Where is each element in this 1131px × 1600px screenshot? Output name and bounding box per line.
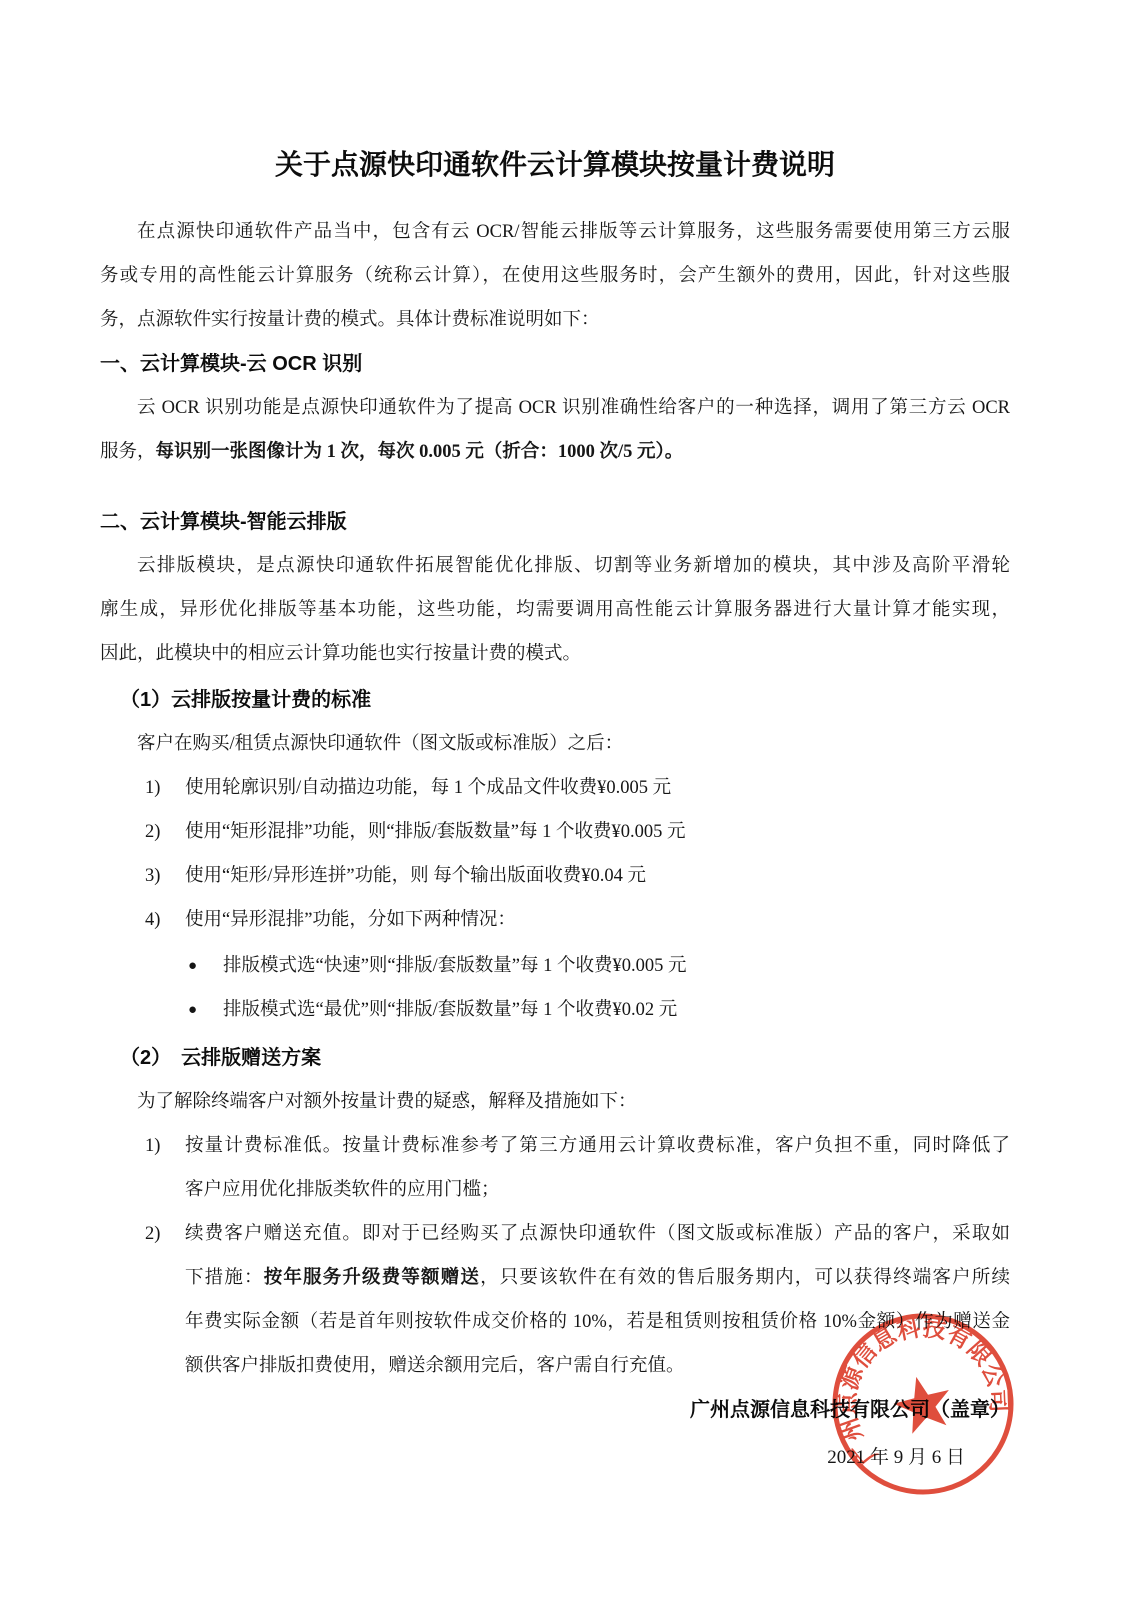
text-line: 使用“矩形/异形连拼”功能，则 每个输出版面收费¥0.04 元	[185, 854, 1010, 898]
company-signature: 广州点源信息科技有限公司（盖章）	[100, 1388, 1010, 1432]
text-line: 使用“异形混排”功能，分如下两种情况：	[185, 898, 1010, 942]
pricing-intro-paragraph: 客户在购买/租赁点源快印通软件（图文版或标准版）之后：	[100, 722, 1010, 766]
document-title: 关于点源快印通软件云计算模块按量计费说明	[100, 142, 1010, 188]
list-marker: ●	[188, 944, 197, 988]
text-line: 按量计费标准低。按量计费标准参考了第三方通用云计算收费标准，客户负担不重，同时降…	[185, 1124, 1010, 1168]
section-2-paragraph: 云排版模块，是点源快印通软件拓展智能优化排版、切割等业务新增加的模块，其中涉及高…	[100, 544, 1010, 676]
text-line: 使用“矩形混排”功能，则“排版/套版数量”每 1 个收费¥0.005 元	[185, 810, 1010, 854]
text-line: 额供客户排版扣费使用，赠送余额用完后，客户需自行充值。	[185, 1344, 1010, 1388]
section-1-paragraph: 云 OCR 识别功能是点源快印通软件为了提高 OCR 识别准确性给客户的一种选择…	[100, 386, 1010, 474]
list-marker: 4)	[145, 898, 160, 942]
text-line: 下措施：按年服务升级费等额赠送，只要该软件在有效的售后服务期内，可以获得终端客户…	[185, 1256, 1010, 1300]
list-marker: 2)	[145, 1212, 160, 1256]
list-marker: 3)	[145, 854, 160, 898]
section-2-2-heading: （2） 云排版赠送方案	[120, 1036, 1010, 1080]
text-line: 客户在购买/租赁点源快印通软件（图文版或标准版）之后：	[100, 722, 1010, 766]
section-2-heading: 二、云计算模块-智能云排版	[100, 500, 1010, 544]
list-item: 2)使用“矩形混排”功能，则“排版/套版数量”每 1 个收费¥0.005 元	[100, 810, 1010, 854]
list-marker: 2)	[145, 810, 160, 854]
list-item: ●排版模式选“最优”则“排版/套版数量”每 1 个收费¥0.02 元	[100, 988, 1010, 1032]
gift-intro-paragraph: 为了解除终端客户对额外按量计费的疑惑，解释及措施如下：	[100, 1080, 1010, 1124]
pricing-list: 1)使用轮廓识别/自动描边功能，每 1 个成品文件收费¥0.005 元2)使用“…	[100, 766, 1010, 942]
text-line: 排版模式选“快速”则“排版/套版数量”每 1 个收费¥0.005 元	[223, 944, 1010, 988]
text-line: 使用轮廓识别/自动描边功能，每 1 个成品文件收费¥0.005 元	[185, 766, 1010, 810]
page: { "colors": { "stamp_red": "#dc3a28", "t…	[0, 0, 1131, 1600]
text-line: 在点源快印通软件产品当中，包含有云 OCR/智能云排版等云计算服务，这些服务需要…	[100, 210, 1010, 254]
text-line: 云 OCR 识别功能是点源快印通软件为了提高 OCR 识别准确性给客户的一种选择…	[100, 386, 1010, 430]
section-2-1-heading: （1）云排版按量计费的标准	[120, 678, 1010, 722]
text-line: 续费客户赠送充值。即对于已经购买了点源快印通软件（图文版或标准版）产品的客户，采…	[185, 1212, 1010, 1256]
list-item: 1)使用轮廓识别/自动描边功能，每 1 个成品文件收费¥0.005 元	[100, 766, 1010, 810]
intro-paragraph: 在点源快印通软件产品当中，包含有云 OCR/智能云排版等云计算服务，这些服务需要…	[100, 210, 1010, 342]
text-line: 务或专用的高性能云计算服务（统称云计算），在使用这些服务时，会产生额外的费用，因…	[100, 254, 1010, 298]
document-body: 关于点源快印通软件云计算模块按量计费说明 在点源快印通软件产品当中，包含有云 O…	[100, 142, 1010, 1480]
text-line: 年费实际金额（若是首年则按软件成交价格的 10%，若是租赁则按租赁价格 10%金…	[185, 1300, 1010, 1344]
list-marker: ●	[188, 988, 197, 1032]
text-line: 廓生成，异形优化排版等基本功能，这些功能，均需要调用高性能云计算服务器进行大量计…	[100, 588, 1010, 632]
signature-date: 2021 年 9 月 6 日	[100, 1436, 1010, 1480]
text-line: 务，点源软件实行按量计费的模式。具体计费标准说明如下：	[100, 298, 1010, 342]
gift-list: 1)按量计费标准低。按量计费标准参考了第三方通用云计算收费标准，客户负担不重，同…	[100, 1124, 1010, 1388]
list-marker: 1)	[145, 766, 160, 810]
text-line: 客户应用优化排版类软件的应用门槛；	[185, 1168, 1010, 1212]
text-line: 为了解除终端客户对额外按量计费的疑惑，解释及措施如下：	[100, 1080, 1010, 1124]
list-item: 4)使用“异形混排”功能，分如下两种情况：	[100, 898, 1010, 942]
section-1-heading: 一、云计算模块-云 OCR 识别	[100, 342, 1010, 386]
text-line: 云排版模块，是点源快印通软件拓展智能优化排版、切割等业务新增加的模块，其中涉及高…	[100, 544, 1010, 588]
list-item: 3)使用“矩形/异形连拼”功能，则 每个输出版面收费¥0.04 元	[100, 854, 1010, 898]
list-item: ●排版模式选“快速”则“排版/套版数量”每 1 个收费¥0.005 元	[100, 944, 1010, 988]
text-line: 因此，此模块中的相应云计算功能也实行按量计费的模式。	[100, 632, 1010, 676]
list-item: 1)按量计费标准低。按量计费标准参考了第三方通用云计算收费标准，客户负担不重，同…	[100, 1124, 1010, 1212]
list-marker: 1)	[145, 1124, 160, 1168]
text-line: 服务，每识别一张图像计为 1 次，每次 0.005 元（折合：1000 次/5 …	[100, 430, 1010, 474]
text-line: 排版模式选“最优”则“排版/套版数量”每 1 个收费¥0.02 元	[223, 988, 1010, 1032]
list-item: 2)续费客户赠送充值。即对于已经购买了点源快印通软件（图文版或标准版）产品的客户…	[100, 1212, 1010, 1388]
pricing-bullet-list: ●排版模式选“快速”则“排版/套版数量”每 1 个收费¥0.005 元●排版模式…	[100, 944, 1010, 1032]
